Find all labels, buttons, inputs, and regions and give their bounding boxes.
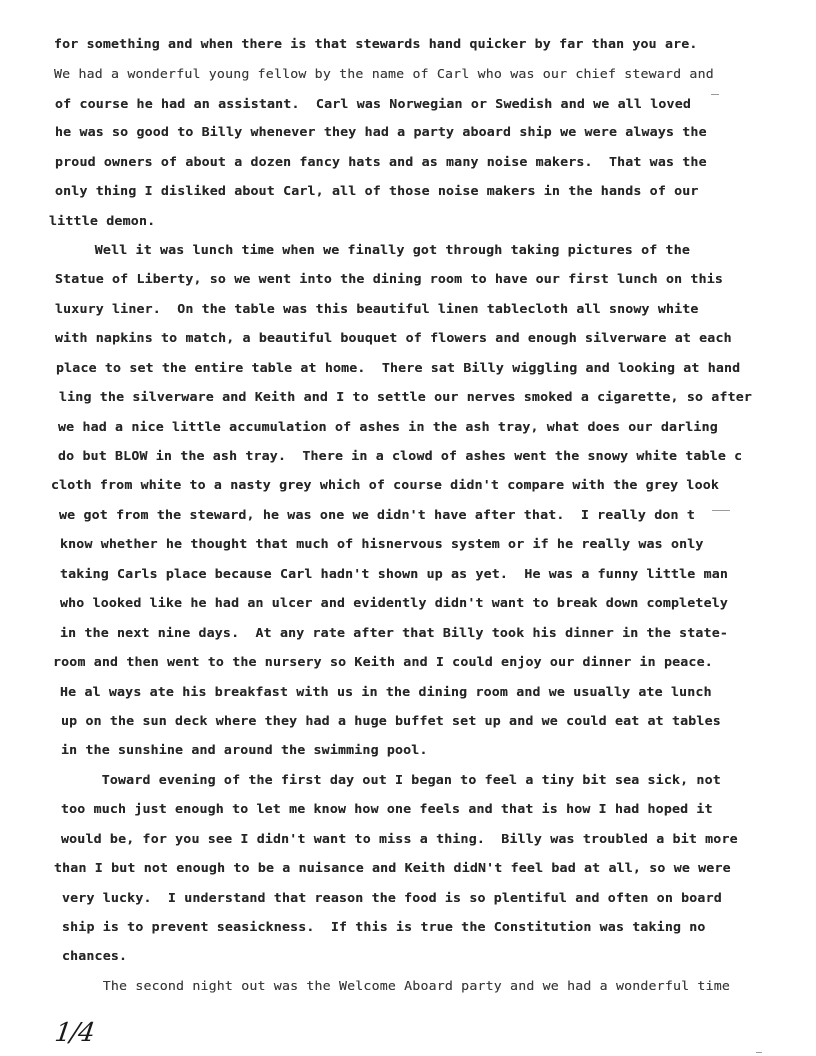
text-line: in the next nine days. At any rate after… <box>60 625 728 641</box>
text-line: in the sunshine and around the swimming … <box>61 742 428 758</box>
text-line: we had a nice little accumulation of ash… <box>58 419 718 435</box>
text-line: The second night out was the Welcome Abo… <box>62 978 730 994</box>
text-line: of course he had an assistant. Carl was … <box>55 96 691 112</box>
text-line: we got from the steward, he was one we d… <box>59 507 695 523</box>
text-line: too much just enough to let me know how … <box>61 801 713 817</box>
scan-speck <box>711 94 719 95</box>
text-line: room and then went to the nursery so Kei… <box>53 654 713 670</box>
text-line: up on the sun deck where they had a huge… <box>61 713 721 729</box>
text-line: place to set the entire table at home. T… <box>56 360 740 376</box>
text-line: know whether he thought that much of his… <box>60 536 704 552</box>
scan-speck <box>756 1052 762 1053</box>
text-line: cloth from white to a nasty grey which o… <box>51 477 719 493</box>
handwritten-page-number: 1/4 <box>53 1018 96 1048</box>
text-line: luxury liner. On the table was this beau… <box>55 301 699 317</box>
text-line: Toward evening of the first day out I be… <box>61 772 721 788</box>
text-line: only thing I disliked about Carl, all of… <box>55 183 699 199</box>
text-line: he was so good to Billy whenever they ha… <box>55 124 707 140</box>
scan-speck <box>712 510 730 511</box>
text-line: very lucky. I understand that reason the… <box>62 890 722 906</box>
text-line: ship is to prevent seasickness. If this … <box>62 919 706 935</box>
text-line: He al ways ate his breakfast with us in … <box>60 684 712 700</box>
document-page: for something and when there is that ste… <box>0 0 816 1056</box>
text-line: We had a wonderful young fellow by the n… <box>54 66 714 82</box>
text-line: with napkins to match, a beautiful bouqu… <box>55 330 732 346</box>
text-line: Statue of Liberty, so we went into the d… <box>55 271 723 287</box>
text-line: would be, for you see I didn't want to m… <box>61 831 738 847</box>
text-line: ling the silverware and Keith and I to s… <box>59 389 752 405</box>
text-line: taking Carls place because Carl hadn't s… <box>60 566 728 582</box>
text-line: do but BLOW in the ash tray. There in a … <box>58 448 742 464</box>
text-line: proud owners of about a dozen fancy hats… <box>55 154 707 170</box>
text-line: who looked like he had an ulcer and evid… <box>60 595 728 611</box>
text-line: chances. <box>62 948 127 964</box>
text-line: little demon. <box>49 213 155 229</box>
text-line: for something and when there is that ste… <box>54 36 698 52</box>
text-line: than I but not enough to be a nuisance a… <box>54 860 731 876</box>
text-line: Well it was lunch time when we finally g… <box>54 242 690 258</box>
